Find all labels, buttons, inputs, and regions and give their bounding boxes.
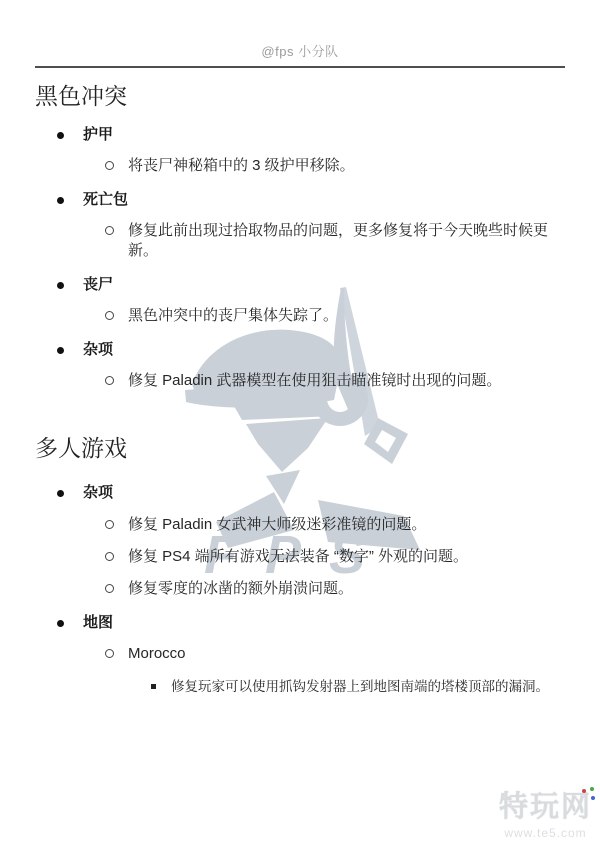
- circle-bullet-icon: [105, 376, 114, 385]
- list-item: 修复玩家可以使用抓钩发射器上到地图南端的塔楼顶部的漏洞。: [149, 677, 565, 696]
- list-item: 修复 PS4 端所有游戏无法装备 “数字” 外观的问题。: [104, 547, 565, 567]
- te5-brand-text: 特玩网: [499, 791, 592, 823]
- list-item-text: 将丧尸神秘箱中的 3 级护甲移除。: [128, 156, 355, 176]
- patch-notes-page: { "header": { "watermark_author": "@fps …: [0, 0, 600, 848]
- list-item-text: 修复玩家可以使用抓钩发射器上到地图南端的塔楼顶部的漏洞。: [171, 677, 549, 696]
- te5-url: www.te5.com: [499, 826, 592, 840]
- circle-bullet-icon: [105, 649, 114, 658]
- list-item-label: 护甲: [83, 125, 113, 145]
- circle-bullet-icon: [105, 161, 114, 170]
- list-item-text: Morocco: [128, 644, 186, 664]
- list-item-text: 修复 PS4 端所有游戏无法装备 “数字” 外观的问题。: [128, 547, 468, 567]
- circle-bullet-icon: [105, 226, 114, 235]
- list-item: Morocco: [104, 644, 565, 664]
- circle-bullet-icon: [105, 520, 114, 529]
- bullet-icon: [57, 620, 64, 627]
- square-bullet-icon: [151, 684, 156, 689]
- list-item-text: 黑色冲突中的丧尸集体失踪了。: [128, 306, 338, 326]
- section-title-blackout: 黑色冲突: [35, 81, 565, 111]
- section-title-multiplayer: 多人游戏: [35, 433, 565, 463]
- list-item: 护甲: [55, 125, 565, 145]
- list-item-label: 地图: [83, 613, 113, 633]
- bullet-icon: [57, 197, 64, 204]
- list-item-label: 死亡包: [83, 190, 128, 210]
- circle-bullet-icon: [105, 311, 114, 320]
- list-item: 地图: [55, 613, 565, 633]
- bullet-icon: [57, 347, 64, 354]
- te5-brand: 特玩网: [499, 784, 592, 825]
- bullet-icon: [57, 282, 64, 289]
- list-item-text: 修复零度的冰凿的额外崩溃问题。: [128, 579, 353, 599]
- document-content: @fps 小分队 黑色冲突 护甲 将丧尸神秘箱中的 3 级护甲移除。 死亡包 修…: [0, 0, 600, 696]
- list-item: 修复此前出现过拾取物品的问题，更多修复将于今天晚些时候更新。: [104, 221, 565, 261]
- header-divider: [35, 66, 565, 68]
- list-item-text: 修复 Paladin 女武神大师级迷彩准镜的问题。: [128, 515, 426, 535]
- list-item: 死亡包: [55, 190, 565, 210]
- list-item: 杂项: [55, 483, 565, 503]
- list-item-text: 修复此前出现过拾取物品的问题，更多修复将于今天晚些时候更新。: [128, 221, 565, 261]
- list-item: 黑色冲突中的丧尸集体失踪了。: [104, 306, 565, 326]
- list-item: 修复 Paladin 武器模型在使用狙击瞄准镜时出现的问题。: [104, 371, 565, 391]
- list-item: 修复 Paladin 女武神大师级迷彩准镜的问题。: [104, 515, 565, 535]
- list-item-label: 丧尸: [83, 275, 113, 295]
- list-item: 丧尸: [55, 275, 565, 295]
- circle-bullet-icon: [105, 584, 114, 593]
- list-item: 将丧尸神秘箱中的 3 级护甲移除。: [104, 156, 565, 176]
- bullet-icon: [57, 490, 64, 497]
- circle-bullet-icon: [105, 552, 114, 561]
- gamepad-buttons-icon: [582, 787, 596, 803]
- list-item-text: 修复 Paladin 武器模型在使用狙击瞄准镜时出现的问题。: [128, 371, 501, 391]
- te5-watermark: 特玩网 www.te5.com: [499, 784, 592, 840]
- list-item-label: 杂项: [83, 483, 113, 503]
- list-item: 杂项: [55, 340, 565, 360]
- list-item: 修复零度的冰凿的额外崩溃问题。: [104, 579, 565, 599]
- list-item-label: 杂项: [83, 340, 113, 360]
- author-watermark: @fps 小分队: [35, 0, 565, 60]
- bullet-icon: [57, 132, 64, 139]
